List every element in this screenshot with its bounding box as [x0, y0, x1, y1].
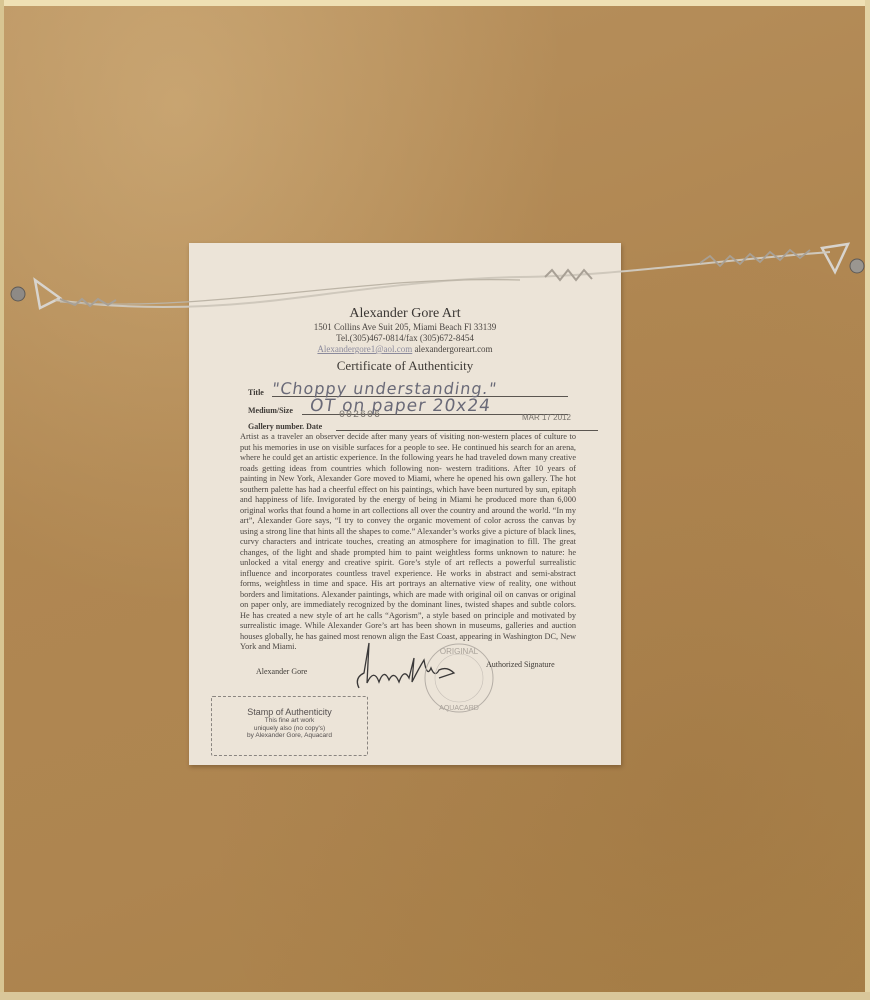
gallery-date-label: Gallery number. Date — [248, 422, 322, 431]
company-name: Alexander Gore Art — [189, 306, 621, 322]
round-stamp-top-text: ORIGINAL — [440, 647, 479, 656]
gallery-number-stamp: 002606 — [339, 410, 381, 421]
gallery-number-label: Gallery number. — [248, 422, 304, 431]
round-stamp-bottom-text: AQUACARD — [439, 705, 479, 712]
frame-right-edge — [865, 0, 870, 1000]
stamp-line: by Alexander Gore, Aquacard — [212, 732, 367, 740]
stamp-title: Stamp of Authenticity — [212, 707, 367, 717]
frame-left-edge — [0, 0, 4, 1000]
company-contacts: Alexandergore1@aol.com alexandergoreart.… — [189, 344, 621, 355]
original-round-stamp: ORIGINAL AQUACARD — [419, 638, 499, 718]
date-stamp: MAR 17 2012 — [522, 413, 571, 422]
medium-handwritten-value: OT on paper 20x24 — [309, 396, 493, 416]
authorized-signature-label: Authorized Signature — [486, 660, 555, 669]
frame-bottom-edge — [0, 992, 870, 1000]
stamp-line: This fine art work — [212, 717, 367, 725]
artist-name: Alexander Gore — [256, 667, 307, 676]
medium-label: Medium/Size — [248, 406, 293, 415]
certificate-title: Certificate of Authenticity — [189, 358, 621, 374]
company-address: 1501 Collins Ave Suit 205, Miami Beach F… — [189, 322, 621, 333]
gallery-line — [336, 430, 598, 431]
certificate-of-authenticity: Alexander Gore Art 1501 Collins Ave Suit… — [189, 243, 621, 765]
certificate-header: Alexander Gore Art 1501 Collins Ave Suit… — [189, 306, 621, 355]
artist-biography: Artist as a traveler an observer decide … — [240, 432, 576, 653]
stamp-of-authenticity: Stamp of Authenticity This fine art work… — [211, 696, 368, 756]
date-label: Date — [306, 422, 322, 431]
website-text: alexandergoreart.com — [415, 344, 493, 354]
company-phone: Tel.(305)467-0814/fax (305)672-8454 — [189, 333, 621, 344]
title-label: Title — [248, 388, 264, 397]
stamp-line: uniquely also (no copy's) — [212, 725, 367, 733]
email-link[interactable]: Alexandergore1@aol.com — [317, 344, 412, 354]
